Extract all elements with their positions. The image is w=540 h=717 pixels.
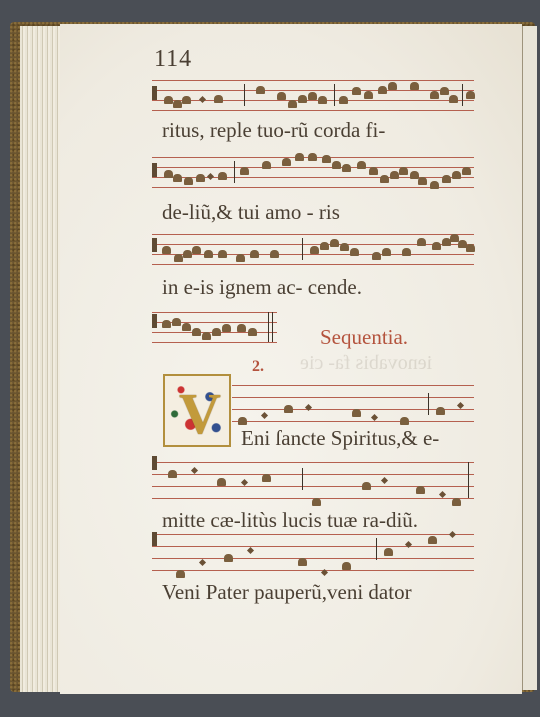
- verse-number: 2.: [252, 358, 264, 376]
- music-staff-5: [232, 385, 474, 415]
- lyric-line-6: Veni Pater pauperũ,veni dator: [162, 580, 412, 605]
- lyric-line-5: mitte cæ-litùs lucis tuæ ra-diũ.: [162, 508, 418, 533]
- page-edges: [20, 26, 64, 692]
- music-staff-7: [152, 534, 474, 564]
- lyric-line-2: de-liũ,& tui amo - ris: [162, 200, 340, 225]
- facing-page-edge: [522, 26, 537, 690]
- music-staff-3: [152, 234, 474, 264]
- clef-icon: [152, 86, 157, 100]
- bleed-through-text: ienovabis fa- cie: [300, 352, 432, 375]
- initial-letter: V: [179, 380, 221, 447]
- music-staff-6: [152, 462, 474, 492]
- illuminated-initial: V: [163, 374, 231, 447]
- music-staff-1: [152, 80, 474, 110]
- lyric-line-3: in e-is ignem ac- cende.: [162, 275, 362, 300]
- music-staff-4: [152, 312, 277, 342]
- lyric-line-1: ritus, reple tuo-rũ corda fi-: [162, 118, 385, 143]
- music-staff-2: [152, 157, 474, 187]
- lyric-line-4: Eni ſancte Spiritus,& e-: [241, 426, 439, 451]
- rubric-title: Sequentia.: [320, 325, 408, 350]
- folio-number: 114: [154, 46, 192, 73]
